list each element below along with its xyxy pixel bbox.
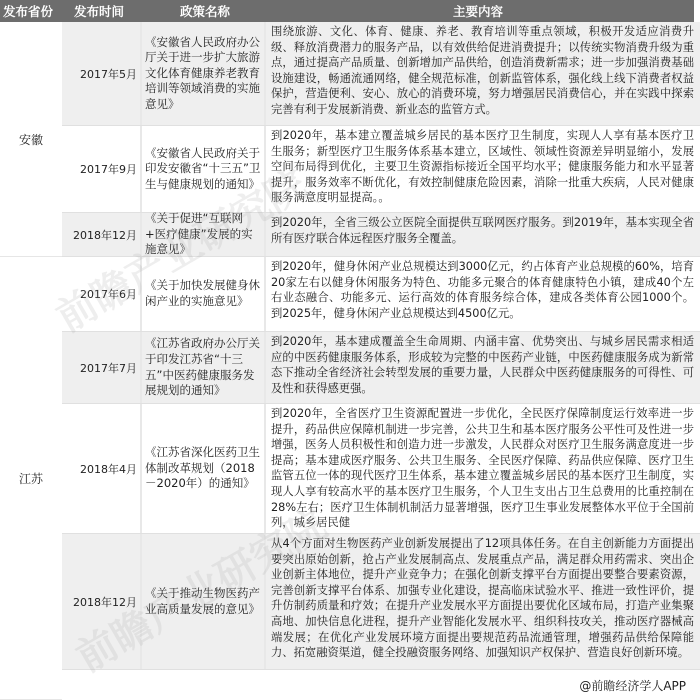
row-policy-name: 《关于加快发展健身休闲产业的实施意见》 [142,257,266,331]
row-content: 到2020年，基本建立覆盖城乡居民的基本医疗卫生制度，实现人人享有基本医疗卫生服… [266,126,698,212]
row-date: 2017年9月 [62,126,142,212]
row-date: 2017年6月 [62,257,142,331]
province-cell-anhui: 安徽 [0,22,62,257]
table-row: 2017年7月 《江苏省政府办公厅关于印发江苏省“十三五”中医药健康服务发展规划… [62,332,700,404]
row-date: 2018年12月 [62,213,142,256]
row-content: 到2020年，健身休闲产业总规模达到3000亿元，约占体育产业总规模的60%，培… [266,257,698,331]
table-row: 2018年4月 《江苏省深化医药卫生体制改革规划（2018－2020年）的通知》… [62,404,700,534]
row-content: 到2020年，全省医疗卫生资源配置进一步优化，全民医疗保障制度运行效率进一步提升… [266,404,698,533]
row-content: 到2020年，全省三级公立医院全面提供互联网医疗服务。到2019年，基本实现全省… [266,213,698,256]
row-content: 围绕旅游、文化、体育、健康、养老、教育培训等重点领域，积极开发适应消费升级、释放… [266,22,698,125]
row-content: 到2020年，基本建成覆盖全生命周期、内涵丰富、优势突出、与城乡居民需求相适应的… [266,332,698,403]
row-date: 2017年7月 [62,332,142,403]
table-body: 安徽 江苏 2017年5月 《安徽省人民政府办公厅关于进一步扩大旅游文化体育健康… [0,22,700,700]
table-row: 2017年9月 《安徽省人民政府关于印发安徽省“十三五”卫生与健康规划的通知》 … [62,126,700,213]
row-date: 2018年12月 [62,534,142,669]
row-content: 从4个方面对生物医药产业创新发展提出了12项具体任务。在自主创新能力方面提出要突… [266,534,698,669]
row-date: 2017年5月 [62,22,142,125]
row-date: 2018年4月 [62,404,142,533]
table-row: 2018年12月 《关于促进“互联网+医疗健康”发展的实施意见》 到2020年，… [62,213,700,257]
table-row: 2017年6月 《关于加快发展健身休闲产业的实施意见》 到2020年，健身休闲产… [62,257,700,332]
row-policy-name: 《安徽省人民政府关于印发安徽省“十三五”卫生与健康规划的通知》 [142,126,266,212]
table-header: 发布省份 发布时间 政策名称 主要内容 [0,0,700,22]
policy-rows: 2017年5月 《安徽省人民政府办公厅关于进一步扩大旅游文化体育健康养老教育培训… [62,22,700,700]
policy-table: 发布省份 发布时间 政策名称 主要内容 安徽 江苏 2017年5月 《安徽省人民… [0,0,700,700]
province-column: 安徽 江苏 [0,22,62,700]
row-policy-name: 《安徽省人民政府办公厅关于进一步扩大旅游文化体育健康养老教育培训等领域消费的实施… [142,22,266,125]
header-province: 发布省份 [0,0,62,22]
row-policy-name: 《江苏省深化医药卫生体制改革规划（2018－2020年）的通知》 [142,404,266,533]
row-policy-name: 《江苏省政府办公厅关于印发江苏省“十三五”中医药健康服务发展规划的通知》 [142,332,266,403]
table-row: 2018年12月 《关于推动生物医药产业高质量发展的意见》 从4个方面对生物医药… [62,534,700,670]
header-policy: 政策名称 [142,0,268,22]
table-row: 2017年5月 《安徽省人民政府办公厅关于进一步扩大旅游文化体育健康养老教育培训… [62,22,700,126]
row-policy-name: 《关于促进“互联网+医疗健康”发展的实施意见》 [142,213,266,256]
header-date: 发布时间 [62,0,142,22]
header-content: 主要内容 [268,0,700,22]
source-credit: @前瞻经济学人APP [579,677,686,694]
row-policy-name: 《关于推动生物医药产业高质量发展的意见》 [142,534,266,669]
province-cell-jiangsu: 江苏 [0,257,62,700]
